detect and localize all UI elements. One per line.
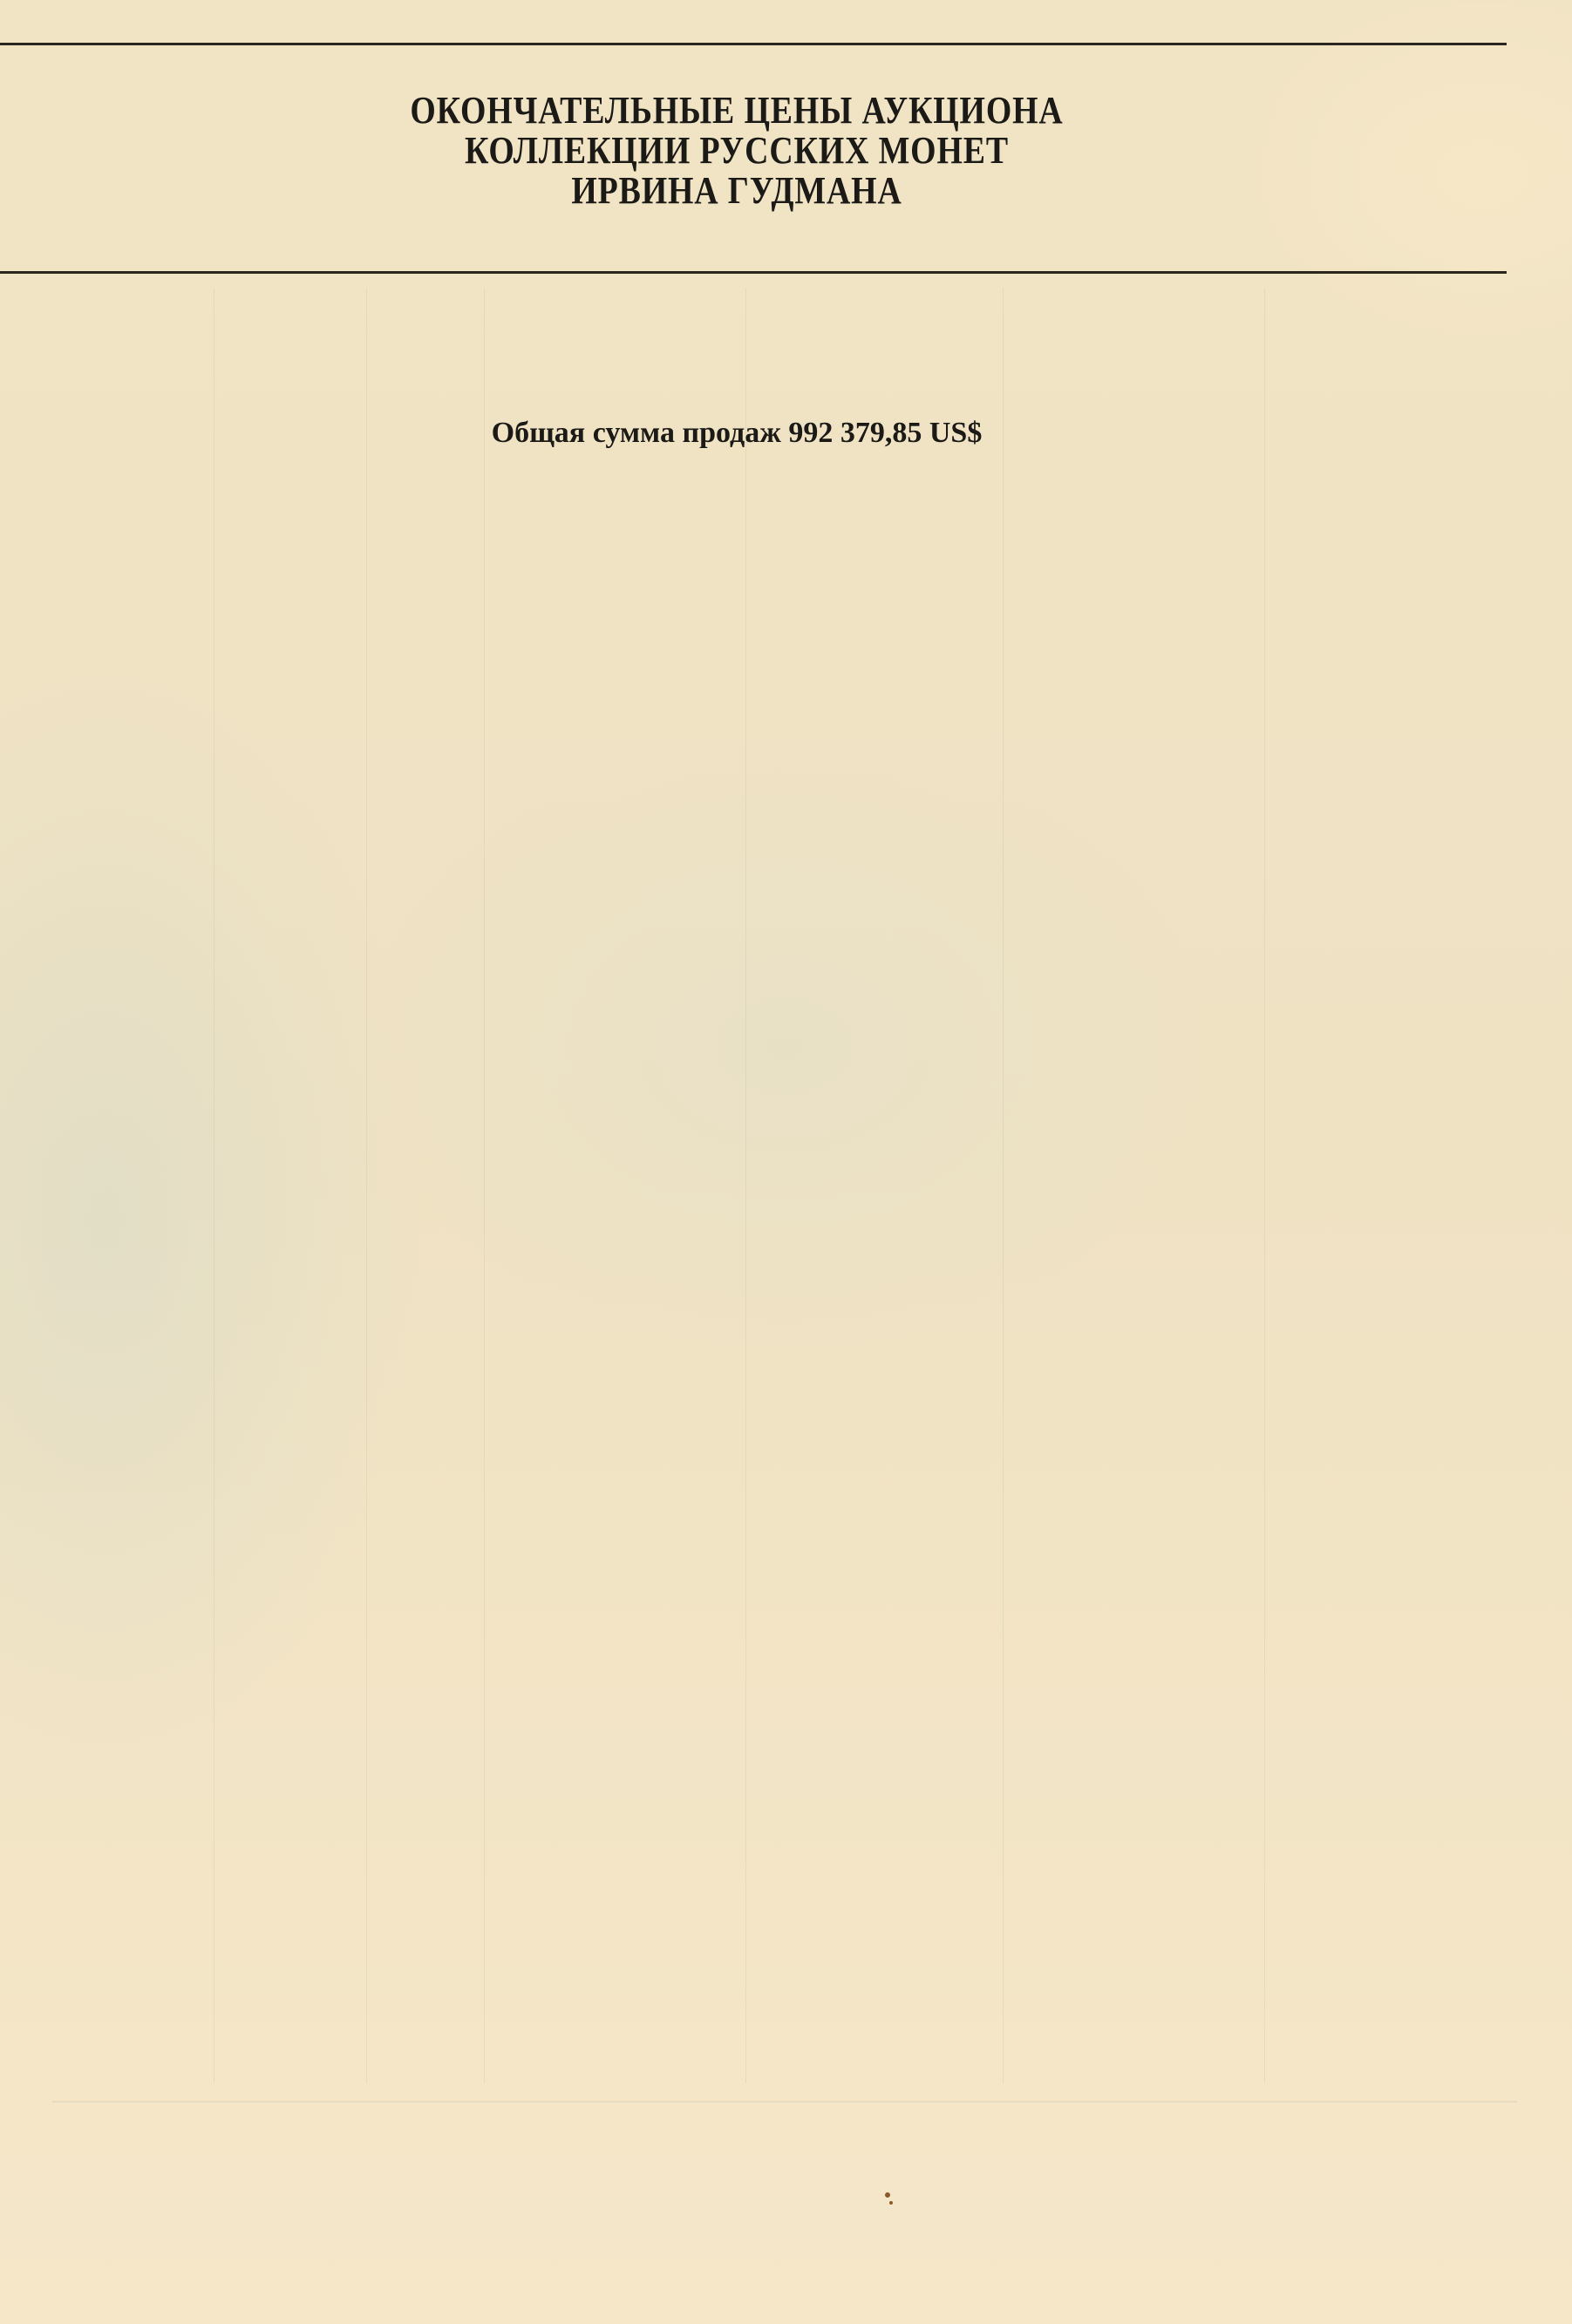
page-title: ОКОНЧАТЕЛЬНЫЕ ЦЕНЫ АУКЦИОНА КОЛЛЕКЦИИ РУ… <box>0 91 1473 211</box>
ghost-column-line <box>1264 288 1265 2083</box>
title-line-3: ИРВИНА ГУДМАНА <box>103 171 1370 211</box>
top-rule <box>0 43 1507 45</box>
total-sales-summary: Общая сумма продаж 992 379,85 US$ <box>0 417 1473 450</box>
bottom-rule <box>0 271 1507 274</box>
ghost-column-line <box>1003 288 1004 2083</box>
title-line-1: ОКОНЧАТЕЛЬНЫЕ ЦЕНЫ АУКЦИОНА <box>103 91 1370 131</box>
ghost-column-line <box>214 288 214 2083</box>
paper-stain <box>885 2192 890 2198</box>
ghost-row-line <box>52 2101 1517 2103</box>
paper-stain <box>889 2201 893 2205</box>
ghost-column-line <box>366 288 367 2083</box>
title-line-2: КОЛЛЕКЦИИ РУССКИХ МОНЕТ <box>103 131 1370 171</box>
ghost-column-line <box>484 288 485 2083</box>
ghost-column-line <box>745 288 746 2083</box>
